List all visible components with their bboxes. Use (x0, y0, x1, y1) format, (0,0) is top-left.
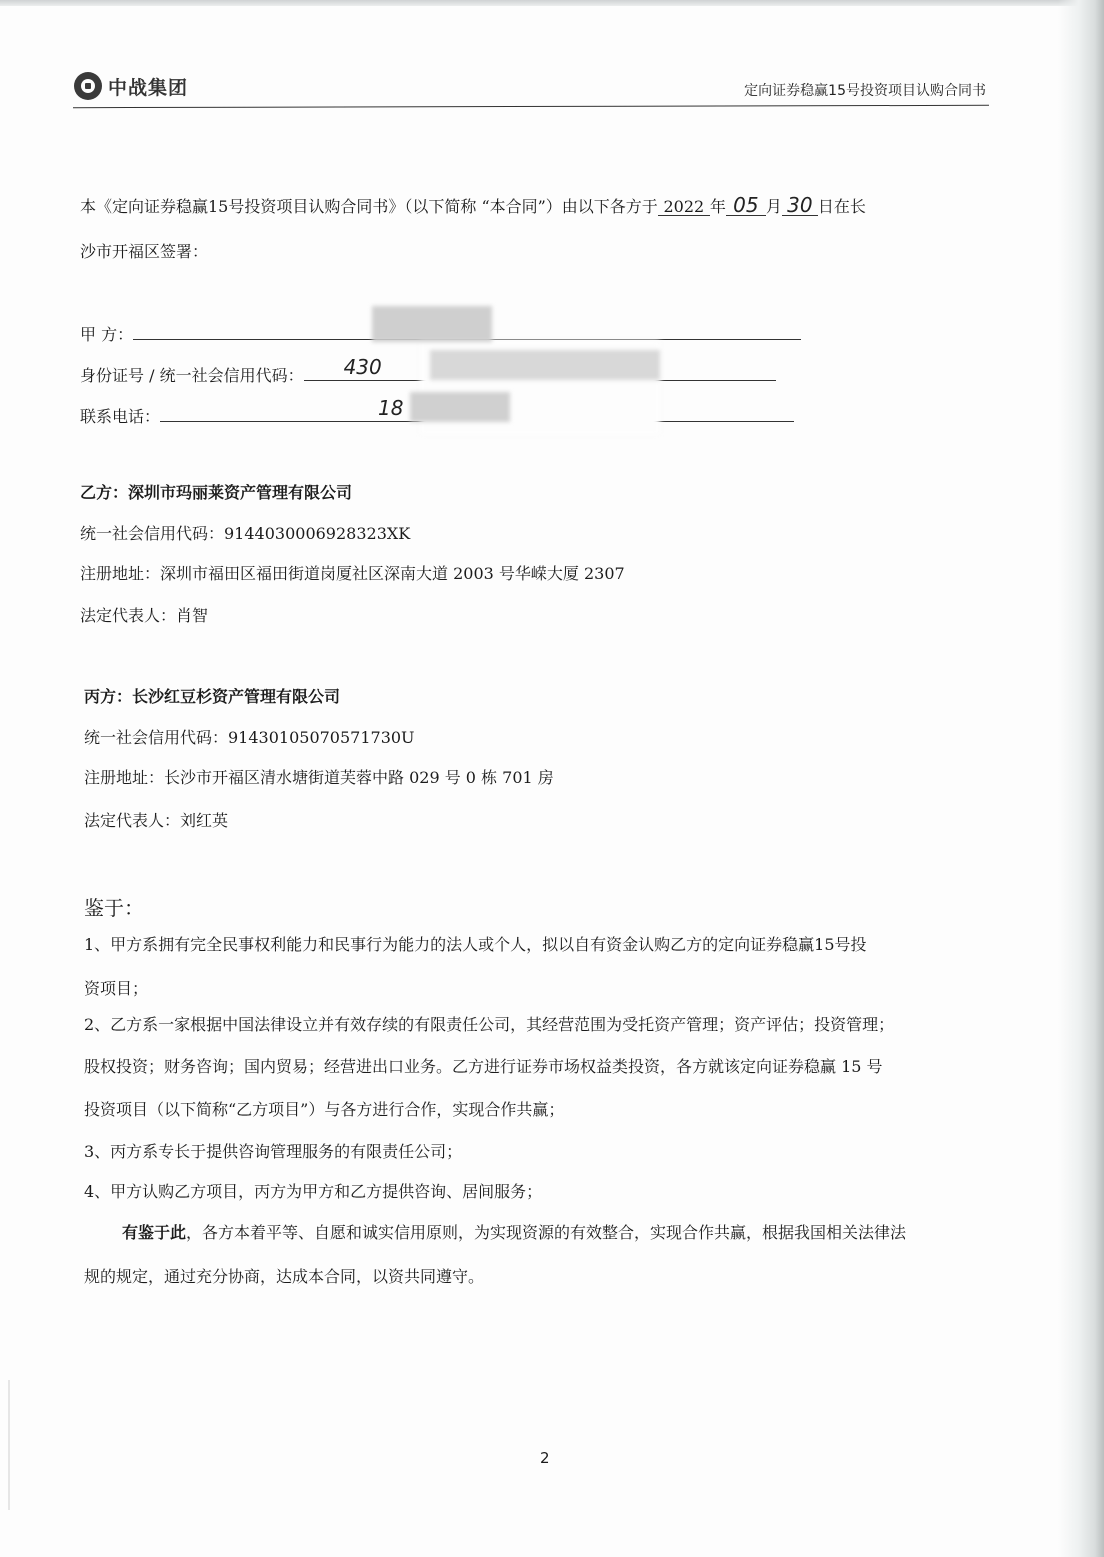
party-a-id-label: 身份证号 / 统一社会信用代码： (80, 366, 304, 385)
party-a-name-label: 甲 方： (80, 325, 133, 344)
whereas-heading: 鉴于： (84, 892, 144, 921)
redaction-blur-name (372, 306, 492, 342)
company-logo: 中战集团 (74, 72, 188, 100)
redaction-blur-id (430, 350, 660, 380)
date-day: 30 (782, 195, 818, 216)
whereas-line-6: 3、丙方系专长于提供咨询管理服务的有限责任公司； (84, 1139, 462, 1162)
date-month: 05 (726, 195, 766, 216)
header-doc-title: 定向证券稳赢15号投资项目认购合同书 (744, 80, 986, 100)
header-divider (73, 105, 989, 108)
party-c-credit-code: 统一社会信用代码：91430105070571730U (84, 730, 415, 746)
intro-line-2: 沙市开福区签署： (80, 244, 208, 260)
conclusion-line-2: 规的规定，通过充分协商，达成本合同，以资共同遵守。 (84, 1264, 484, 1287)
whereas-line-4: 股权投资；财务咨询；国内贸易；经营进出口业务。乙方进行证券市场权益类投资，各方就… (84, 1054, 883, 1077)
logo-icon (74, 72, 102, 100)
conclusion-line-1: 有鉴于此，各方本着平等、自愿和诚实信用原则，为实现资源的有效整合，实现合作共赢，… (122, 1220, 906, 1243)
whereas-line-2: 资项目； (84, 976, 148, 999)
conclusion-lead: 有鉴于此 (122, 1223, 186, 1242)
conclusion-text: ，各方本着平等、自愿和诚实信用原则，为实现资源的有效整合，实现合作共赢，根据我国… (186, 1223, 906, 1242)
whereas-line-3: 2、乙方系一家根据中国法律设立并有效存续的有限责任公司，其经营范围为受托资产管理… (84, 1012, 894, 1035)
party-b-title: 乙方：深圳市玛丽莱资产管理有限公司 (80, 485, 352, 501)
party-a-phone-label: 联系电话： (80, 407, 160, 426)
whereas-line-5: 投资项目（以下简称“乙方项目”）与各方进行合作，实现合作共赢； (84, 1097, 564, 1120)
intro-line-1: 本《定向证券稳赢15号投资项目认购合同书》（以下简称 “本合同”）由以下各方于2… (80, 195, 1000, 216)
party-c-legal-rep: 法定代表人：刘红英 (84, 813, 228, 829)
party-c-title: 丙方：长沙红豆杉资产管理有限公司 (84, 689, 340, 705)
whereas-line-7: 4、甲方认购乙方项目，丙方为甲方和乙方提供咨询、居间服务； (84, 1179, 542, 1202)
month-suffix: 月 (766, 197, 782, 216)
logo-text: 中战集团 (108, 73, 188, 100)
redaction-blur-phone (410, 392, 510, 422)
whereas-line-1: 1、甲方系拥有完全民事权利能力和民事行为能力的法人或个人，拟以自有资金认购乙方的… (84, 932, 867, 955)
day-suffix: 日在长 (818, 197, 866, 216)
party-a-id-visible: 430 (344, 357, 382, 377)
document-page: 中战集团 定向证券稳赢15号投资项目认购合同书 本《定向证券稳赢15号投资项目认… (0, 0, 1104, 1557)
party-c-address: 注册地址：长沙市开福区清水塘街道芙蓉中路 029 号 0 栋 701 房 (84, 770, 554, 786)
page-number: 2 (540, 1449, 550, 1467)
party-b-legal-rep: 法定代表人：肖智 (80, 608, 208, 624)
date-year: 2022 (658, 199, 710, 216)
year-suffix: 年 (710, 197, 726, 216)
party-b-address: 注册地址：深圳市福田区福田街道岗厦社区深南大道 2003 号华嵘大厦 2307 (80, 566, 625, 582)
party-b-credit-code: 统一社会信用代码：9144030006928323XK (80, 526, 410, 542)
party-a-phone-visible: 18 (378, 398, 403, 418)
intro-prefix: 本《定向证券稳赢15号投资项目认购合同书》（以下简称 “本合同”）由以下各方于 (80, 197, 658, 216)
